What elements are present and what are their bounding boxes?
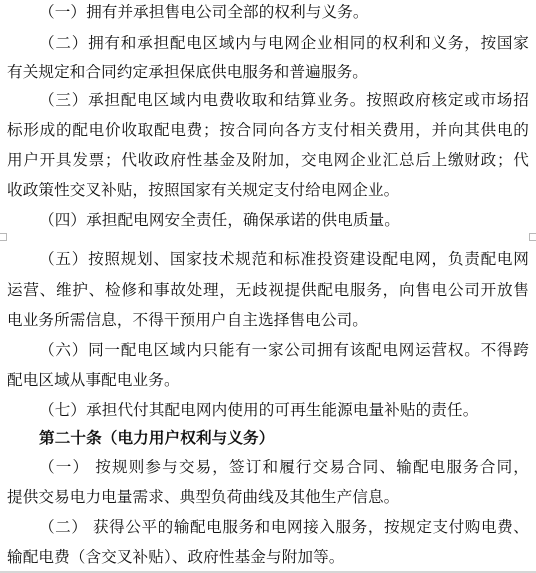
- article-heading: 第二十条（电力用户权利与义务）: [39, 428, 529, 448]
- paragraph-line: 电业务所需信息，不得干预用户自主选择售电公司。: [7, 310, 529, 330]
- paragraph-line: 提供交易电力电量需求、典型负荷曲线及其他生产信息。: [7, 487, 529, 507]
- paragraph-line: （六）同一配电区域内只能有一家公司拥有该配电网运营权。不得跨: [39, 340, 529, 360]
- paragraph-line: 配电区域从事配电业务。: [7, 370, 529, 390]
- paragraph-line: 收政策性交叉补贴，按照国家有关规定支付给电网企业。: [7, 180, 529, 200]
- paragraph-line: （一）拥有并承担售电公司全部的权利与义务。: [39, 2, 529, 22]
- paragraph-line: （三）承担配电区域内电费收取和结算业务。按照政府核定或市场招: [39, 90, 529, 110]
- paragraph-line: （二） 获得公平的输配电服务和电网接入服务，按规定支付购电费、: [39, 517, 529, 537]
- paragraph-line: 运营、维护、检修和事故处理，无歧视提供配电服务，向售电公司开放售: [7, 280, 529, 300]
- page-margin-marker-right: [529, 233, 536, 241]
- paragraph-line: （四）承担配电网安全责任，确保承诺的供电质量。: [39, 210, 529, 230]
- paragraph-line: （一） 按规则参与交易，签订和履行交易合同、输配电服务合同，: [39, 457, 529, 477]
- paragraph-line: 用户开具发票；代收政府性基金及附加，交电网企业汇总后上缴财政；代: [7, 150, 529, 170]
- page-margin-marker-left: [0, 233, 7, 241]
- paragraph-line: （五）按照规划、国家技术规范和标准投资建设配电网，负责配电网: [39, 249, 529, 269]
- paragraph-line: （七）承担代付其配电网内使用的可再生能源电量补贴的责任。: [39, 400, 529, 420]
- paragraph-line: 有关规定和合同约定承担保底供电服务和普遍服务。: [7, 62, 529, 82]
- paragraph-line: （二）拥有和承担配电区域内与电网企业相同的权利和义务，按国家: [39, 33, 529, 53]
- paragraph-line: 标形成的配电价收取配电费；按合同向各方支付相关费用，并向其供电的: [7, 120, 529, 140]
- paragraph-line: 输配电费（含交叉补贴）、政府性基金与附加等。: [7, 547, 529, 567]
